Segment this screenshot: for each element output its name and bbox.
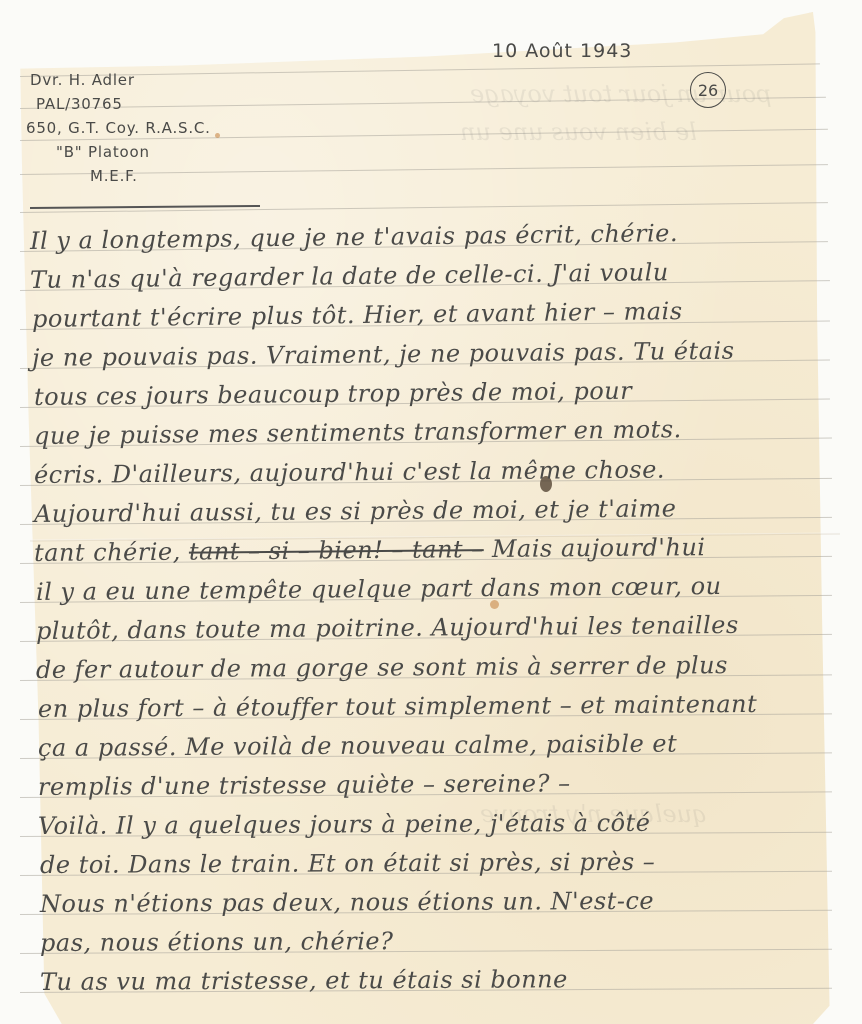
- page-number-circle: 26: [690, 72, 726, 108]
- body-line: pas, nous étions un, chérie?: [40, 926, 394, 958]
- rust-stain: [215, 133, 220, 138]
- address-line: PAL/30765: [36, 94, 123, 114]
- body-text: Mais aujourd'hui: [492, 533, 706, 563]
- body-line: Tu as vu ma tristesse, et tu étais si bo…: [40, 964, 568, 997]
- address-line: Dvr. H. Adler: [30, 70, 135, 90]
- body-line: en plus fort – à étouffer tout simplemen…: [38, 689, 757, 724]
- body-line: il y a eu une tempête quelque part dans …: [36, 571, 722, 607]
- body-line: de fer autour de ma gorge se sont mis à …: [36, 650, 728, 685]
- address-line: 650, G.T. Coy. R.A.S.C.: [26, 118, 211, 138]
- letter-date: 10 Août 1943: [492, 40, 632, 62]
- body-text: tant chérie,: [34, 538, 181, 567]
- bleed-through-text: pour un jour tout voyage: [470, 80, 772, 108]
- body-line: de toi. Dans le train. Et on était si pr…: [40, 847, 655, 880]
- scanned-page: pour un jour tout voyage le bien vous un…: [0, 0, 862, 1024]
- body-line: écris. D'ailleurs, aujourd'hui c'est la …: [34, 454, 665, 490]
- struck-out-text: tant – si – bien! – tant –: [189, 535, 484, 566]
- body-line: Aujourd'hui aussi, tu es si près de moi,…: [34, 493, 677, 529]
- body-line: plutôt, dans toute ma poitrine. Aujourd'…: [36, 610, 739, 646]
- body-line: ça a passé. Me voilà de nouveau calme, p…: [38, 729, 677, 763]
- body-line-with-strikeout: tant chérie, tant – si – bien! – tant – …: [34, 532, 706, 568]
- address-line: "B" Platoon: [56, 142, 150, 162]
- bleed-through-text: le bien vous une un: [460, 118, 697, 146]
- body-line: tous ces jours beaucoup trop près de moi…: [34, 376, 632, 412]
- address-line: M.E.F.: [90, 166, 138, 186]
- body-line: Nous n'étions pas deux, nous étions un. …: [40, 886, 654, 919]
- body-line: remplis d'une tristesse quiète – sereine…: [38, 768, 571, 802]
- body-line: Voilà. Il y a quelques jours à peine, j'…: [38, 808, 651, 841]
- page-number: 26: [698, 81, 718, 100]
